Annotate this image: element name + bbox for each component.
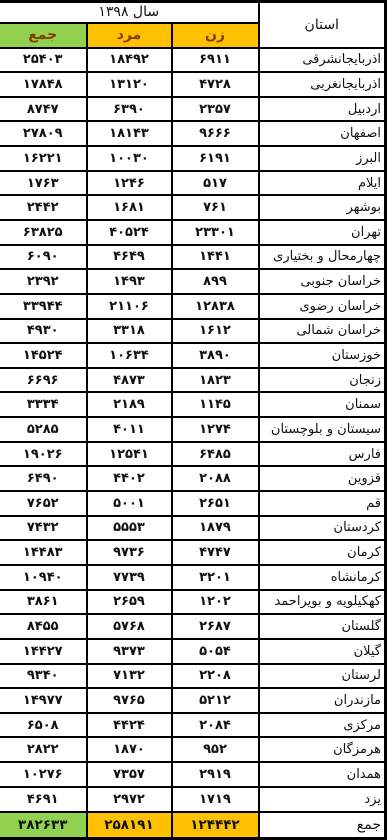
female-cell: ۲۰۸۴ <box>172 713 259 738</box>
male-cell: ۵۰۰۱ <box>87 491 172 516</box>
female-cell: ۱۲۸۳۸ <box>172 294 259 319</box>
male-cell: ۴۰۵۲۴ <box>87 220 172 245</box>
province-cell: خراسان رضوی <box>259 294 386 319</box>
province-cell: کرمانشاه <box>259 565 386 590</box>
table-row: خراسان جنوبی ۸۹۹ ۱۴۹۳ ۲۳۹۲ <box>0 269 386 294</box>
total-cell: ۳۳۳۴ <box>0 392 87 417</box>
total-cell: ۱۹۰۲۶ <box>0 442 87 467</box>
total-cell: ۴۶۹۱ <box>0 787 87 812</box>
province-cell: خراسان جنوبی <box>259 269 386 294</box>
total-cell: ۷۶۵۲ <box>0 491 87 516</box>
female-cell: ۳۲۰۱ <box>172 565 259 590</box>
table-row: کهکیلویه و بویراحمد ۱۲۰۲ ۲۶۵۹ ۳۸۶۱ <box>0 590 386 615</box>
total-cell: ۲۸۲۲ <box>0 737 87 762</box>
male-cell: ۵۵۵۳ <box>87 516 172 541</box>
province-cell: کردستان <box>259 516 386 541</box>
table-row: لرستان ۲۲۰۸ ۷۱۳۲ ۹۳۴۰ <box>0 664 386 689</box>
table-row: اصفهان ۹۶۶۶ ۱۸۱۴۳ ۲۷۸۰۹ <box>0 121 386 146</box>
male-cell: ۱۲۴۶ <box>87 171 172 196</box>
province-column-header: استان <box>259 2 386 48</box>
total-row-label: جمع <box>259 812 386 839</box>
total-cell: ۵۲۸۵ <box>0 417 87 442</box>
total-row: جمع ۱۲۴۴۴۲ ۲۵۸۱۹۱ ۳۸۲۶۳۳ <box>0 812 386 839</box>
female-cell: ۱۲۷۴ <box>172 417 259 442</box>
table-row: خراسان رضوی ۱۲۸۳۸ ۲۱۱۰۶ ۳۳۹۴۴ <box>0 294 386 319</box>
female-cell: ۲۹۱۹ <box>172 762 259 787</box>
table-row: گلستان ۲۶۸۷ ۵۷۶۸ ۸۴۵۵ <box>0 614 386 639</box>
total-cell: ۴۹۳۰ <box>0 319 87 344</box>
male-cell: ۷۷۳۹ <box>87 565 172 590</box>
male-cell: ۷۱۳۲ <box>87 664 172 689</box>
province-cell: مرکزی <box>259 713 386 738</box>
total-cell: ۳۸۶۱ <box>0 590 87 615</box>
male-cell: ۱۲۵۴۱ <box>87 442 172 467</box>
total-cell: ۸۴۵۵ <box>0 614 87 639</box>
total-cell: ۶۳۸۲۵ <box>0 220 87 245</box>
male-cell: ۱۸۱۴۳ <box>87 121 172 146</box>
table-row: چهارمحال و بختیاری ۱۴۴۱ ۴۶۴۹ ۶۰۹۰ <box>0 245 386 270</box>
total-cell: ۷۴۳۲ <box>0 516 87 541</box>
total-cell: ۲۳۹۲ <box>0 269 87 294</box>
total-cell: ۱۴۹۷۷ <box>0 688 87 713</box>
table-row: البرز ۶۱۹۱ ۱۰۰۳۰ ۱۶۲۲۱ <box>0 146 386 171</box>
female-cell: ۲۶۵۱ <box>172 491 259 516</box>
total-cell: ۱۴۴۲۷ <box>0 639 87 664</box>
female-cell: ۵۲۱۲ <box>172 688 259 713</box>
province-cell: فارس <box>259 442 386 467</box>
female-cell: ۹۶۶۶ <box>172 121 259 146</box>
total-cell: ۱۷۶۳ <box>0 171 87 196</box>
year-header-row: استان سال ۱۳۹۸ <box>0 2 386 23</box>
male-cell: ۴۸۷۳ <box>87 368 172 393</box>
total-column-header: جمع <box>0 23 87 48</box>
male-cell: ۹۷۶۵ <box>87 688 172 713</box>
table-row: گیلان ۵۰۵۴ ۹۳۷۳ ۱۴۴۲۷ <box>0 639 386 664</box>
province-cell: گلستان <box>259 614 386 639</box>
female-cell: ۹۵۲ <box>172 737 259 762</box>
province-cell: سیستان و بلوچستان <box>259 417 386 442</box>
province-cell: اردبیل <box>259 97 386 122</box>
female-cell: ۴۷۲۸ <box>172 72 259 97</box>
male-cell: ۴۴۲۴ <box>87 713 172 738</box>
female-cell: ۳۸۹۰ <box>172 343 259 368</box>
province-cell: بوشهر <box>259 195 386 220</box>
province-cell: اصفهان <box>259 121 386 146</box>
female-cell: ۸۹۹ <box>172 269 259 294</box>
female-cell: ۱۷۱۹ <box>172 787 259 812</box>
male-cell: ۵۷۶۸ <box>87 614 172 639</box>
province-cell: هرمزگان <box>259 737 386 762</box>
province-cell: ایلام <box>259 171 386 196</box>
male-cell: ۴۶۴۹ <box>87 245 172 270</box>
province-cell: تهران <box>259 220 386 245</box>
province-cell: البرز <box>259 146 386 171</box>
female-cell: ۷۶۱ <box>172 195 259 220</box>
female-cell: ۵۱۷ <box>172 171 259 196</box>
table-body: اذربایجانشرقی ۶۹۱۱ ۱۸۴۹۲ ۲۵۴۰۳ اذربایجان… <box>0 48 386 812</box>
total-cell: ۲۴۴۲ <box>0 195 87 220</box>
total-cell: ۳۳۹۴۴ <box>0 294 87 319</box>
total-cell: ۲۵۴۰۳ <box>0 48 87 73</box>
table-row: زنجان ۱۸۲۳ ۴۸۷۳ ۶۶۹۶ <box>0 368 386 393</box>
table-row: فارس ۶۴۸۵ ۱۲۵۴۱ ۱۹۰۲۶ <box>0 442 386 467</box>
table-row: سیستان و بلوچستان ۱۲۷۴ ۴۰۱۱ ۵۲۸۵ <box>0 417 386 442</box>
table-row: یزد ۱۷۱۹ ۲۹۷۲ ۴۶۹۱ <box>0 787 386 812</box>
table-row: مرکزی ۲۰۸۴ ۴۴۲۴ ۶۵۰۸ <box>0 713 386 738</box>
province-cell: چهارمحال و بختیاری <box>259 245 386 270</box>
male-cell: ۴۰۱۱ <box>87 417 172 442</box>
total-cell: ۲۷۸۰۹ <box>0 121 87 146</box>
female-cell: ۶۴۸۵ <box>172 442 259 467</box>
table-row: کرمان ۴۷۴۷ ۹۷۳۶ ۱۴۴۸۳ <box>0 540 386 565</box>
female-cell: ۱۸۷۹ <box>172 516 259 541</box>
female-cell: ۵۰۵۴ <box>172 639 259 664</box>
province-cell: زنجان <box>259 368 386 393</box>
statistics-table: استان سال ۱۳۹۸ زن مرد جمع اذربایجانشرقی … <box>0 0 387 840</box>
total-cell: ۹۳۴۰ <box>0 664 87 689</box>
total-cell: ۱۰۲۷۶ <box>0 762 87 787</box>
table-row: اردبیل ۲۳۵۷ ۶۳۹۰ ۸۷۴۷ <box>0 97 386 122</box>
male-cell: ۱۸۴۹۲ <box>87 48 172 73</box>
table-row: خراسان شمالی ۱۶۱۲ ۳۳۱۸ ۴۹۳۰ <box>0 319 386 344</box>
total-cell: ۱۶۲۲۱ <box>0 146 87 171</box>
table-row: سمنان ۱۱۴۵ ۲۱۸۹ ۳۳۳۴ <box>0 392 386 417</box>
female-column-header: زن <box>172 23 259 48</box>
female-cell: ۲۶۸۷ <box>172 614 259 639</box>
male-cell: ۴۴۰۲ <box>87 466 172 491</box>
table-row: همدان ۲۹۱۹ ۷۳۵۷ ۱۰۲۷۶ <box>0 762 386 787</box>
male-cell: ۱۶۸۱ <box>87 195 172 220</box>
province-cell: اذربایجانشرقی <box>259 48 386 73</box>
table-row: قم ۲۶۵۱ ۵۰۰۱ ۷۶۵۲ <box>0 491 386 516</box>
male-cell: ۲۹۷۲ <box>87 787 172 812</box>
table-row: قزوین ۲۰۸۸ ۴۴۰۲ ۶۴۹۰ <box>0 466 386 491</box>
female-cell: ۲۰۸۸ <box>172 466 259 491</box>
table-row: اذربایجانشرقی ۶۹۱۱ ۱۸۴۹۲ ۲۵۴۰۳ <box>0 48 386 73</box>
male-column-header: مرد <box>87 23 172 48</box>
total-cell: ۶۶۹۶ <box>0 368 87 393</box>
table-row: اذربایجانغربی ۴۷۲۸ ۱۳۱۲۰ ۱۷۸۴۸ <box>0 72 386 97</box>
total-cell: ۸۷۴۷ <box>0 97 87 122</box>
province-cell: گیلان <box>259 639 386 664</box>
female-cell: ۲۳۳۰۱ <box>172 220 259 245</box>
table-row: ایلام ۵۱۷ ۱۲۴۶ ۱۷۶۳ <box>0 171 386 196</box>
table-row: کرمانشاه ۳۲۰۱ ۷۷۳۹ ۱۰۹۴۰ <box>0 565 386 590</box>
province-cell: سمنان <box>259 392 386 417</box>
female-cell: ۶۱۹۱ <box>172 146 259 171</box>
male-cell: ۹۳۷۳ <box>87 639 172 664</box>
table-row: خوزستان ۳۸۹۰ ۱۰۶۳۴ ۱۴۵۲۴ <box>0 343 386 368</box>
male-cell: ۷۳۵۷ <box>87 762 172 787</box>
total-cell: ۱۴۴۸۳ <box>0 540 87 565</box>
female-cell: ۱۶۱۲ <box>172 319 259 344</box>
total-female-cell: ۱۲۴۴۴۲ <box>172 812 259 839</box>
female-cell: ۱۲۰۲ <box>172 590 259 615</box>
male-cell: ۲۶۵۹ <box>87 590 172 615</box>
male-cell: ۲۱۸۹ <box>87 392 172 417</box>
total-cell: ۱۷۸۴۸ <box>0 72 87 97</box>
table-row: بوشهر ۷۶۱ ۱۶۸۱ ۲۴۴۲ <box>0 195 386 220</box>
table-row: هرمزگان ۹۵۲ ۱۸۷۰ ۲۸۲۲ <box>0 737 386 762</box>
male-cell: ۱۰۶۳۴ <box>87 343 172 368</box>
male-cell: ۱۰۰۳۰ <box>87 146 172 171</box>
female-cell: ۱۱۴۵ <box>172 392 259 417</box>
male-cell: ۲۱۱۰۶ <box>87 294 172 319</box>
female-cell: ۲۳۵۷ <box>172 97 259 122</box>
total-male-cell: ۲۵۸۱۹۱ <box>87 812 172 839</box>
total-grand-cell: ۳۸۲۶۳۳ <box>0 812 87 839</box>
female-cell: ۶۹۱۱ <box>172 48 259 73</box>
table-row: مازندران ۵۲۱۲ ۹۷۶۵ ۱۴۹۷۷ <box>0 688 386 713</box>
male-cell: ۱۴۹۳ <box>87 269 172 294</box>
province-cell: لرستان <box>259 664 386 689</box>
province-cell: همدان <box>259 762 386 787</box>
total-cell: ۱۰۹۴۰ <box>0 565 87 590</box>
table-row: تهران ۲۳۳۰۱ ۴۰۵۲۴ ۶۳۸۲۵ <box>0 220 386 245</box>
male-cell: ۱۸۷۰ <box>87 737 172 762</box>
province-cell: اذربایجانغربی <box>259 72 386 97</box>
total-cell: ۱۴۵۲۴ <box>0 343 87 368</box>
total-cell: ۶۰۹۰ <box>0 245 87 270</box>
province-cell: کهکیلویه و بویراحمد <box>259 590 386 615</box>
province-cell: یزد <box>259 787 386 812</box>
male-cell: ۱۳۱۲۰ <box>87 72 172 97</box>
year-header: سال ۱۳۹۸ <box>0 2 259 23</box>
province-cell: قم <box>259 491 386 516</box>
table-row: کردستان ۱۸۷۹ ۵۵۵۳ ۷۴۳۲ <box>0 516 386 541</box>
female-cell: ۴۷۴۷ <box>172 540 259 565</box>
female-cell: ۱۸۲۳ <box>172 368 259 393</box>
province-cell: قزوین <box>259 466 386 491</box>
province-cell: خراسان شمالی <box>259 319 386 344</box>
male-cell: ۶۳۹۰ <box>87 97 172 122</box>
province-cell: مازندران <box>259 688 386 713</box>
total-cell: ۶۴۹۰ <box>0 466 87 491</box>
female-cell: ۱۴۴۱ <box>172 245 259 270</box>
province-cell: خوزستان <box>259 343 386 368</box>
male-cell: ۹۷۳۶ <box>87 540 172 565</box>
total-cell: ۶۵۰۸ <box>0 713 87 738</box>
female-cell: ۲۲۰۸ <box>172 664 259 689</box>
province-cell: کرمان <box>259 540 386 565</box>
male-cell: ۳۳۱۸ <box>87 319 172 344</box>
